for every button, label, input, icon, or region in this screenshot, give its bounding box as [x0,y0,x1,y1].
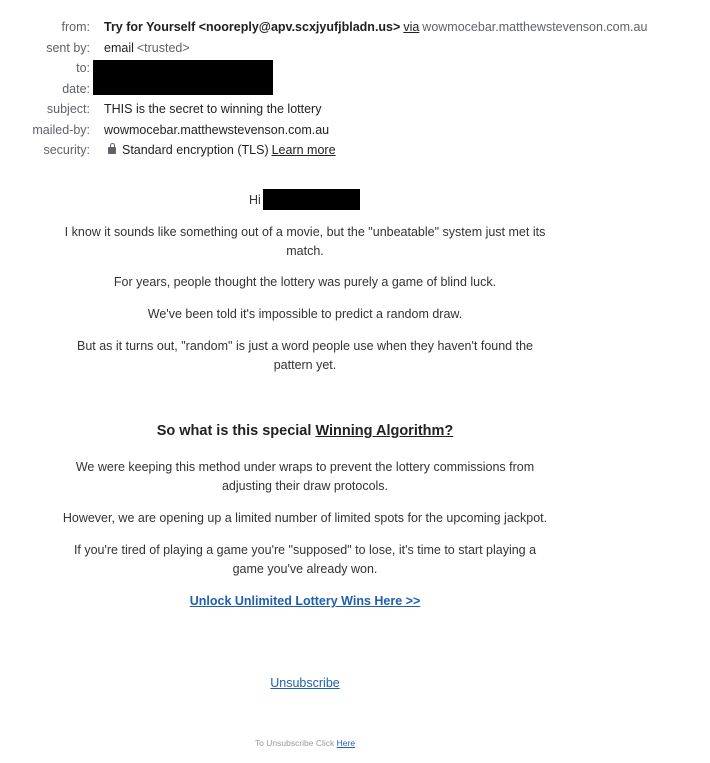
mailed-by-label: mailed-by: [32,120,90,141]
subject-label: subject: [47,99,90,120]
redacted-to-date-box [93,60,273,95]
unlock-lottery-wins-link[interactable]: Unlock Unlimited Lottery Wins Here >> [190,594,421,608]
subject-value: THIS is the secret to winning the lotter… [104,99,321,120]
from-value: Try for Yourself <nooreply@apv.scxjyufjb… [104,17,647,38]
trusted-tag: <trusted> [137,41,190,55]
mailed-by-row: mailed-by: wowmocebar.matthewstevenson.c… [0,120,710,141]
lock-icon [108,147,116,154]
footer-unsubscribe-link[interactable]: Here [337,738,355,748]
heading-prefix: So what is this special [157,423,316,439]
body-paragraph-2: For years, people thought the lottery wa… [50,273,560,292]
via-domain: wowmocebar.matthewstevenson.com.au [422,20,647,34]
security-value: Standard encryption (TLS)Learn more [104,140,336,161]
body-paragraph-5: We were keeping this method under wraps … [60,458,550,496]
security-row: security: Standard encryption (TLS)Learn… [0,140,710,161]
date-label: date: [62,79,90,100]
section-heading: So what is this special Winning Algorith… [50,421,560,441]
body-paragraph-1: I know it sounds like something out of a… [50,223,560,261]
to-label: to: [76,58,90,79]
security-text: Standard encryption (TLS) [122,143,269,157]
redacted-recipient-name [263,189,360,210]
unsubscribe-container: Unsubscribe [50,674,560,693]
body-paragraph-7: If you're tired of playing a game you're… [60,541,550,579]
sent-by-value: email<trusted> [104,38,190,59]
body-paragraph-3: We've been told it's impossible to predi… [50,305,560,324]
heading-link: Winning Algorithm? [315,423,453,439]
unsubscribe-link[interactable]: Unsubscribe [270,676,339,690]
sent-by-label: sent by: [46,38,90,59]
footer-text: To Unsubscribe Click [255,738,337,748]
security-label: security: [43,140,90,161]
sent-by-text: email [104,41,134,55]
via-link[interactable]: via [403,20,419,34]
from-row: from: Try for Yourself <nooreply@apv.scx… [0,17,710,38]
greeting: Hi [0,189,710,210]
cta-container: Unlock Unlimited Lottery Wins Here >> [50,592,560,611]
subject-row: subject: THIS is the secret to winning t… [0,99,710,120]
learn-more-link[interactable]: Learn more [272,143,336,157]
body-paragraph-4: But as it turns out, "random" is just a … [60,337,550,375]
mailed-by-value: wowmocebar.matthewstevenson.com.au [104,120,329,141]
greeting-text: Hi [249,191,261,210]
footer-note: To Unsubscribe Click Here [50,736,560,750]
body-paragraph-6: However, we are opening up a limited num… [40,509,570,528]
sender-name-address: Try for Yourself <nooreply@apv.scxjyufjb… [104,20,400,34]
sent-by-row: sent by: email<trusted> [0,38,710,59]
from-label: from: [62,17,90,38]
